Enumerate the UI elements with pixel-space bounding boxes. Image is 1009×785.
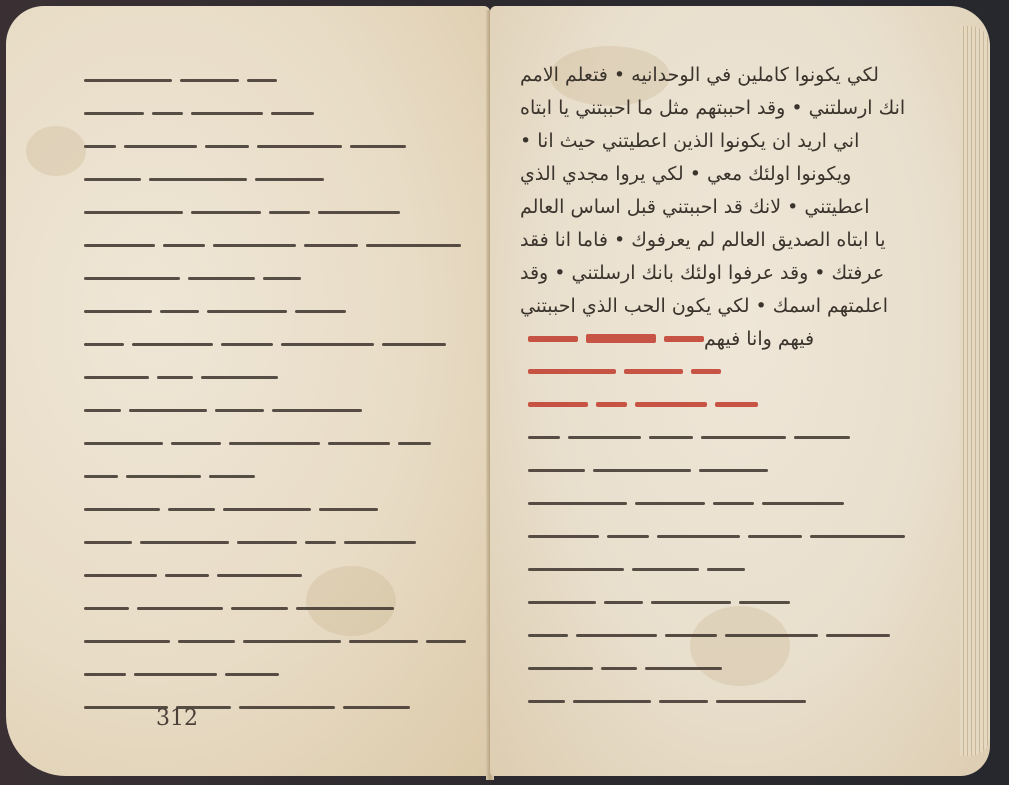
syriac-word-stroke bbox=[528, 535, 599, 538]
syriac-word-stroke bbox=[632, 568, 699, 571]
arabic-line: ويكونوا اولئك معي • لكي يروا مجدي الذي bbox=[520, 157, 970, 190]
syriac-word-stroke bbox=[205, 145, 249, 148]
syriac-word-stroke bbox=[826, 634, 890, 637]
syriac-word-stroke bbox=[126, 475, 201, 478]
syriac-word-stroke bbox=[84, 508, 160, 511]
syriac-line bbox=[76, 493, 466, 526]
syriac-word-stroke bbox=[366, 244, 461, 247]
syriac-word-stroke bbox=[257, 145, 342, 148]
syriac-word-stroke bbox=[649, 436, 693, 439]
syriac-word-stroke bbox=[528, 568, 624, 571]
syriac-word-stroke bbox=[657, 535, 740, 538]
syriac-word-stroke bbox=[398, 442, 431, 445]
syriac-word-stroke bbox=[84, 343, 124, 346]
syriac-line bbox=[76, 295, 466, 328]
syriac-line bbox=[520, 355, 970, 388]
syriac-line bbox=[76, 328, 466, 361]
syriac-word-stroke bbox=[691, 369, 721, 374]
syriac-word-stroke bbox=[382, 343, 446, 346]
syriac-word-stroke bbox=[84, 640, 170, 643]
syriac-word-stroke bbox=[215, 409, 264, 412]
syriac-word-stroke bbox=[132, 343, 213, 346]
syriac-word-stroke bbox=[168, 508, 215, 511]
syriac-line bbox=[76, 262, 466, 295]
syriac-word-stroke bbox=[624, 369, 683, 374]
syriac-word-stroke bbox=[223, 508, 311, 511]
syriac-word-stroke bbox=[707, 568, 745, 571]
syriac-word-stroke bbox=[124, 145, 197, 148]
syriac-line bbox=[520, 685, 970, 718]
rubric-stroke bbox=[664, 336, 704, 342]
syriac-word-stroke bbox=[810, 535, 905, 538]
left-page: 312 bbox=[6, 6, 490, 776]
arabic-line: اني اريد ان يكونوا الذين اعطيتني حيث انا… bbox=[520, 124, 970, 157]
syriac-word-stroke bbox=[343, 706, 410, 709]
syriac-word-stroke bbox=[651, 601, 731, 604]
syriac-word-stroke bbox=[84, 178, 141, 181]
syriac-word-stroke bbox=[243, 640, 341, 643]
syriac-word-stroke bbox=[84, 277, 180, 280]
syriac-word-stroke bbox=[157, 376, 193, 379]
syriac-word-stroke bbox=[593, 469, 691, 472]
syriac-word-stroke bbox=[225, 673, 279, 676]
arabic-line-with-rubric: فيهم وانا فيهم bbox=[520, 322, 970, 355]
syriac-word-stroke bbox=[607, 535, 649, 538]
syriac-word-stroke bbox=[84, 310, 152, 313]
syriac-word-stroke bbox=[213, 244, 296, 247]
syriac-word-stroke bbox=[217, 574, 302, 577]
syriac-word-stroke bbox=[271, 112, 314, 115]
syriac-word-stroke bbox=[281, 343, 374, 346]
syriac-word-stroke bbox=[149, 178, 247, 181]
rubric-stroke bbox=[586, 334, 656, 343]
syriac-word-stroke bbox=[229, 442, 320, 445]
syriac-word-stroke bbox=[84, 409, 121, 412]
syriac-line bbox=[520, 421, 970, 454]
syriac-line bbox=[76, 196, 466, 229]
syriac-word-stroke bbox=[528, 502, 627, 505]
syriac-line bbox=[520, 619, 970, 652]
syriac-word-stroke bbox=[263, 277, 301, 280]
syriac-line bbox=[76, 559, 466, 592]
arabic-line-text: فيهم وانا فيهم bbox=[704, 328, 814, 350]
syriac-line bbox=[76, 592, 466, 625]
syriac-word-stroke bbox=[255, 178, 324, 181]
syriac-word-stroke bbox=[84, 376, 149, 379]
arabic-line: اعطيتني • لانك قد احببتني قبل اساس العال… bbox=[520, 190, 970, 223]
syriac-word-stroke bbox=[635, 502, 705, 505]
syriac-word-stroke bbox=[188, 277, 255, 280]
syriac-word-stroke bbox=[201, 376, 278, 379]
syriac-word-stroke bbox=[84, 673, 126, 676]
syriac-line bbox=[76, 130, 466, 163]
syriac-line bbox=[76, 460, 466, 493]
rubric-stroke bbox=[528, 336, 578, 342]
syriac-word-stroke bbox=[269, 211, 310, 214]
right-page: لكي يكونوا كاملين في الوحدانيه • فتعلم ا… bbox=[490, 6, 990, 776]
right-page-text: لكي يكونوا كاملين في الوحدانيه • فتعلم ا… bbox=[520, 58, 970, 718]
syriac-word-stroke bbox=[134, 673, 217, 676]
syriac-word-stroke bbox=[344, 541, 416, 544]
syriac-word-stroke bbox=[725, 634, 818, 637]
syriac-word-stroke bbox=[140, 541, 229, 544]
syriac-line bbox=[76, 229, 466, 262]
syriac-line bbox=[76, 394, 466, 427]
syriac-word-stroke bbox=[191, 211, 261, 214]
syriac-word-stroke bbox=[295, 310, 346, 313]
syriac-word-stroke bbox=[328, 442, 390, 445]
folio-number: 312 bbox=[156, 706, 198, 731]
syriac-word-stroke bbox=[247, 79, 277, 82]
syriac-word-stroke bbox=[209, 475, 255, 478]
syriac-word-stroke bbox=[645, 667, 722, 670]
syriac-word-stroke bbox=[635, 402, 707, 407]
syriac-word-stroke bbox=[762, 502, 844, 505]
syriac-word-stroke bbox=[152, 112, 183, 115]
syriac-word-stroke bbox=[596, 402, 627, 407]
syriac-word-stroke bbox=[568, 436, 641, 439]
syriac-word-stroke bbox=[305, 541, 336, 544]
syriac-word-stroke bbox=[426, 640, 466, 643]
arabic-line: عرفتك • وقد عرفوا اولئك بانك ارسلتني • و… bbox=[520, 256, 970, 289]
arabic-line: لكي يكونوا كاملين في الوحدانيه • فتعلم ا… bbox=[520, 58, 970, 91]
syriac-word-stroke bbox=[171, 442, 221, 445]
syriac-word-stroke bbox=[165, 574, 209, 577]
syriac-word-stroke bbox=[528, 700, 565, 703]
arabic-line: يا ابتاه الصديق العالم لم يعرفوك • فاما … bbox=[520, 223, 970, 256]
syriac-word-stroke bbox=[601, 667, 637, 670]
syriac-word-stroke bbox=[237, 541, 297, 544]
syriac-word-stroke bbox=[304, 244, 358, 247]
syriac-word-stroke bbox=[84, 211, 183, 214]
syriac-word-stroke bbox=[180, 79, 239, 82]
syriac-line bbox=[76, 427, 466, 460]
syriac-line bbox=[76, 625, 466, 658]
syriac-line bbox=[76, 691, 466, 724]
syriac-word-stroke bbox=[350, 145, 406, 148]
syriac-word-stroke bbox=[84, 145, 116, 148]
syriac-word-stroke bbox=[84, 541, 132, 544]
syriac-word-stroke bbox=[528, 369, 616, 374]
syriac-word-stroke bbox=[528, 667, 593, 670]
syriac-line bbox=[76, 64, 466, 97]
syriac-word-stroke bbox=[137, 607, 223, 610]
syriac-word-stroke bbox=[528, 402, 588, 407]
syriac-word-stroke bbox=[701, 436, 786, 439]
syriac-word-stroke bbox=[239, 706, 335, 709]
syriac-word-stroke bbox=[84, 79, 172, 82]
syriac-word-stroke bbox=[699, 469, 768, 472]
syriac-line bbox=[520, 388, 970, 421]
syriac-line bbox=[520, 652, 970, 685]
left-page-syriac-text bbox=[76, 64, 466, 724]
syriac-word-stroke bbox=[84, 607, 129, 610]
syriac-word-stroke bbox=[221, 343, 273, 346]
syriac-word-stroke bbox=[528, 469, 585, 472]
syriac-line bbox=[520, 454, 970, 487]
right-page-syriac-text bbox=[520, 355, 970, 718]
arabic-line: انك ارسلتني • وقد احببتهم مثل ما احببتني… bbox=[520, 91, 970, 124]
syriac-word-stroke bbox=[207, 310, 287, 313]
syriac-word-stroke bbox=[576, 634, 657, 637]
syriac-word-stroke bbox=[794, 436, 850, 439]
syriac-word-stroke bbox=[739, 601, 790, 604]
syriac-word-stroke bbox=[748, 535, 802, 538]
syriac-line bbox=[76, 163, 466, 196]
syriac-word-stroke bbox=[604, 601, 643, 604]
syriac-word-stroke bbox=[349, 640, 418, 643]
arabic-line: اعلمتهم اسمك • لكي يكون الحب الذي احببتن… bbox=[520, 289, 970, 322]
syriac-word-stroke bbox=[319, 508, 378, 511]
syriac-word-stroke bbox=[272, 409, 362, 412]
syriac-word-stroke bbox=[84, 574, 157, 577]
syriac-line bbox=[520, 586, 970, 619]
syriac-word-stroke bbox=[659, 700, 708, 703]
syriac-word-stroke bbox=[296, 607, 394, 610]
syriac-word-stroke bbox=[528, 601, 596, 604]
syriac-word-stroke bbox=[84, 112, 144, 115]
syriac-line bbox=[76, 97, 466, 130]
syriac-line bbox=[76, 658, 466, 691]
syriac-word-stroke bbox=[84, 244, 155, 247]
syriac-word-stroke bbox=[715, 402, 758, 407]
syriac-word-stroke bbox=[191, 112, 263, 115]
syriac-word-stroke bbox=[528, 436, 560, 439]
syriac-word-stroke bbox=[573, 700, 651, 703]
syriac-word-stroke bbox=[84, 475, 118, 478]
syriac-word-stroke bbox=[528, 634, 568, 637]
syriac-line bbox=[76, 361, 466, 394]
syriac-word-stroke bbox=[160, 310, 199, 313]
syriac-word-stroke bbox=[84, 442, 163, 445]
syriac-line bbox=[520, 520, 970, 553]
syriac-line bbox=[520, 487, 970, 520]
syriac-word-stroke bbox=[665, 634, 717, 637]
syriac-word-stroke bbox=[318, 211, 400, 214]
syriac-word-stroke bbox=[716, 700, 806, 703]
syriac-word-stroke bbox=[163, 244, 205, 247]
syriac-line bbox=[76, 526, 466, 559]
syriac-word-stroke bbox=[231, 607, 288, 610]
syriac-word-stroke bbox=[713, 502, 754, 505]
syriac-word-stroke bbox=[129, 409, 207, 412]
syriac-line bbox=[520, 553, 970, 586]
syriac-word-stroke bbox=[178, 640, 235, 643]
